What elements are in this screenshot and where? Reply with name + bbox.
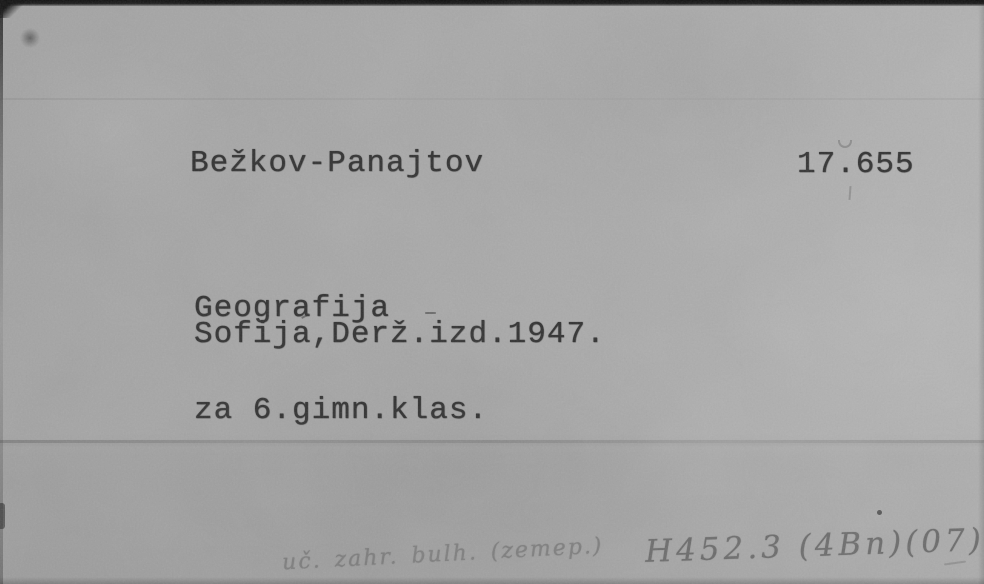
ink-smudge-top-left [20,28,40,48]
faint-upper-crease [0,98,984,100]
handwritten-classification-note: uč. zahr. bulh. (zemep.) [282,534,604,576]
scan-edge-left [0,0,3,584]
author-heading: Bežkov-Panajtov [190,147,484,181]
handwritten-shelfmark: H452.3 (4Bn)(07) [644,522,984,570]
title-block: Geografija za 6.gimn.klas. [194,224,488,496]
inventory-number: 17.655 [797,148,915,182]
pencil-trailing-dash [944,560,966,565]
imprint-line: Sofija,Derž.izd.1947. [194,318,606,352]
ink-dot-mark [877,510,882,515]
catalog-card-scan: Bežkov-Panajtov 17.655 Geografija za 6.g… [0,0,984,584]
paper-tone-mottling [0,0,984,584]
paper-grain-overlay [0,0,984,584]
title-line-2: za 6.gimn.klas. [194,394,488,428]
pencil-tick-mark [849,186,852,200]
scan-corner-top-left [0,0,26,18]
edge-mark-bottom-left [0,503,5,529]
scan-edge-bottom [0,577,984,584]
stray-macron-mark [425,312,436,314]
scan-edge-right [978,0,984,584]
horizontal-crease [0,440,984,443]
scan-edge-top [0,0,984,6]
